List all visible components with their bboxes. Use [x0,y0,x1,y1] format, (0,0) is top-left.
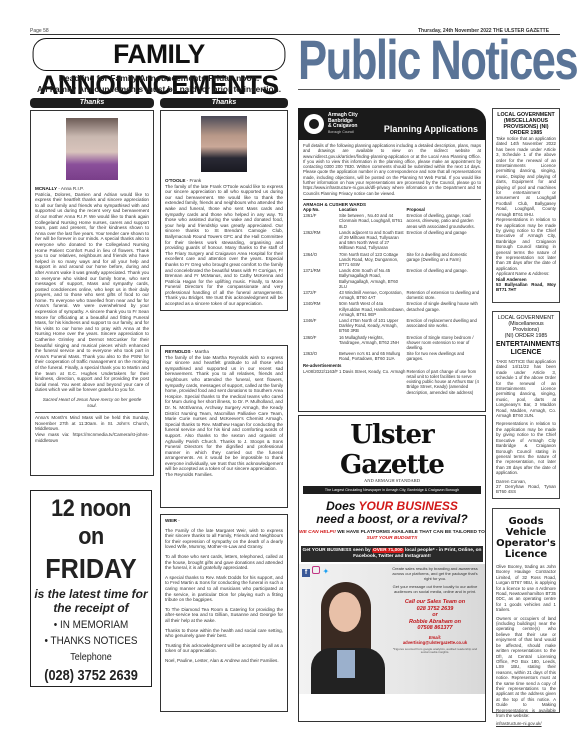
weir-para-1: The Family of the late Margaret Weir, wi… [165,528,283,550]
planning-intro: Full details of the following planning a… [303,143,481,196]
gazette-advert: Ulster Gazette AND ARMAGH STANDARD The L… [298,415,486,722]
notice2-title: ENTERTAINMENTS LICENCE [496,341,556,357]
notice-entertainments-loughgall: LOCAL GOVERNMENT (MISCELLANOUS PROVISION… [492,108,560,303]
mcnally-view-link[interactable]: View mass via: https://mcnmedia.tv/Camer… [35,432,149,443]
ad-subheadline: WE CAN HELP!! WE HAVE PLATFORMS AVAILABL… [299,530,485,542]
notice3-body1: Olive Boorey, trading as John Boorey Hau… [496,564,556,613]
notice3-link[interactable]: infrastructure-ni.gov.uk/ [496,721,556,726]
ad-footnote: *Figures sourced from google analytics, … [389,648,481,656]
planning-ward: ARMAGH & CUSHER WARDS [303,199,481,207]
ad-reach-bar: Get YOUR BUSINESS seen by OVER 71,000 lo… [301,546,483,562]
reynolds-subname: - Martha [191,349,209,354]
ad-side-text-2: Get your message out there locally to ou… [389,584,481,594]
noon-item-thanks: • THANKS NOTICES [37,635,145,647]
weir-para-5: Thanks to those within the health and so… [165,628,283,639]
ad-lower-panel: f ✦ Create sales results by branding and… [299,564,485,694]
weir-para-7: Noel, Pauline, Lester, Alan & Andrew and… [165,658,283,664]
mcnally-subname: - Anna R.I.P. [57,186,84,191]
notice2-signoff2: 27 Derryhaw Road, Tynan BT60 4SS [496,484,556,495]
noon-tel-label: Telephone [37,652,145,663]
gazette-tagline: The Largest Circulating Newspaper in Arm… [303,486,481,494]
noon-line3: is the latest time for the receipt of [31,587,151,615]
noon-line2: FRIDAY [37,553,145,585]
reynolds-notice: REYNOLDS - Martha The family of the late… [160,345,288,508]
notice-goods-vehicle: Goods Vehicle Operator's Licence Olive B… [492,508,560,713]
notice3-body2: Owners or occupiers of land (including b… [496,616,556,719]
mcnally-mass: Anna's Month's Mind Mass will be held th… [35,412,149,432]
notice1-applicant-label: Applicant Name & Address: [496,271,556,276]
ad-headline: Does YOUR BUSINESS need a boost, or a re… [299,500,485,526]
ad-contact: Create sales results by branding and awa… [389,566,481,655]
thanks-header-left: Thanks [30,98,154,108]
payment-notice: All Family Announcements must be paid fo… [30,84,288,94]
noon-item-memoriam: • IN MEMORIAM [37,619,145,631]
table-row: 1362/RMLands adjacent to and South East … [303,230,481,252]
ad-email-link[interactable]: advertising@ulstergazette.co.uk [389,640,481,645]
mcnally-prayer: Sacred Heart of Jesus have mercy on her … [41,397,143,408]
social-icons: f ✦ [302,566,329,577]
weir-para-3: A special thanks to Rev. Mark Dodds for … [165,575,283,603]
planning-body: Full details of the following planning a… [298,140,486,412]
noon-phone: (028) 3752 2639 [40,667,142,684]
weir-subname: - [177,518,180,523]
planning-header: Armagh City Banbridge & Craigavon Boroug… [298,108,486,140]
ad-email: Email: advertising@ulstergazette.co.uk [389,635,481,645]
ad-call-sales: Call our Sales Team on 028 3752 2639 or … [389,599,481,632]
notice2-heading3: (NI) ORDER 1985 [496,333,556,339]
noon-line1: 12 noon on [37,495,145,551]
mcnally-notice: MCNALLY - Anna R.I.P. Patricia, Dolores,… [30,110,154,476]
thanks-header-right: Thanks [160,98,288,108]
reach-badge: OVER 71,000 [372,548,404,553]
family-announcements-title: FAMILY ANNOUNCEMENTS [33,38,286,71]
council-logo-icon [304,114,324,134]
table-row: LA08/2022/1163/F1 Davis Street, Keady, C… [303,369,481,396]
otoole-notice: O'TOOLE - Frank The family of the late F… [160,110,288,311]
reynolds-body: The family of the late Martha Reynolds w… [165,355,283,472]
mcnally-name: MCNALLY [35,186,57,191]
mcnally-body: Patricia, Dolores, Damien and Adrian wou… [35,192,149,393]
table-row: 1361/FSite between , No.40 and 44 Clonma… [303,213,481,230]
reynolds-name: REYNOLDS [165,349,191,354]
planning-title: Planning Applications [384,124,478,134]
notice2-body2: Representations in relation to the appli… [496,421,556,475]
otoole-body: The family of the late Frank O'Toole wou… [165,184,283,307]
gazette-subtitle: AND ARMAGH STANDARD [299,478,485,483]
notice1-heading: LOCAL GOVERNMENT (MISCELLANOUS PROVISION… [496,112,556,136]
notice1-applicant-address: 53 Ballysallan Road, Moy BT71 7HT [496,282,556,293]
table-row: 1340/RM50m North West of 44a Killyruddan… [303,301,481,318]
public-notices-title: Public Notices [298,30,502,88]
weir-name: WEIR [165,518,177,523]
mcnally-photo [66,118,118,180]
table-row: 1363/OBetween no's 61 and 65 Mullurg Roa… [303,351,481,362]
deadline-notice: Deadline for Family Announcements Friday… [30,73,288,83]
table-row: 1371/RMLands 40m South of No.45 Ballymag… [303,268,481,290]
table-row: 1360/F16 Mullaghatly Heights, Tandragee,… [303,335,481,352]
weir-para-2: To all those who sent cards, letters, te… [165,554,283,571]
notice1-body2: Representations in relation to the appli… [496,217,556,271]
notice2-heading2: (Miscellaneous Provisions) [496,321,556,333]
notice-entertainments-madden: LOCAL GOVERNMENT (Miscellaneous Provisio… [492,311,560,499]
reynolds-signoff: The Reynolds Families. [165,472,283,478]
table-row: 1346/FLand 475m North of 101 Upper Darkl… [303,318,481,335]
gazette-masthead: Ulster Gazette [299,420,485,480]
council-name: Armagh City Banbridge & Craigavon Boroug… [328,113,358,135]
otoole-photo [201,116,247,172]
weir-notice: WEIR - The Family of the late Margaret W… [160,514,288,712]
weir-para-4: To The Diamond Tea Room & Catering for p… [165,607,283,624]
facebook-icon[interactable]: f [302,569,310,577]
notice1-body1: Take notice that an application dated 14… [496,136,556,217]
ad-side-text-1: Create sales results by branding and awa… [389,566,481,581]
weir-para-6: Trusting this acknowledgment will be acc… [165,643,283,654]
notice2-body1: TAKE NOTICE that application dated 14/11… [496,359,556,418]
instagram-icon[interactable] [312,566,320,574]
table-row: 1364/O70m North East of 123 Cottage Land… [303,252,481,269]
deadline-box: 12 noon on FRIDAY is the latest time for… [30,490,152,687]
twitter-icon[interactable]: ✦ [322,567,329,576]
otoole-name: O'TOOLE [165,178,185,183]
sales-rep-photo [307,578,389,694]
otoole-subname: - Frank [185,178,201,183]
notice3-title: Goods Vehicle Operator's Licence [496,516,556,560]
table-row: 1372/F43 Windmill Avenue, Corporation, A… [303,290,481,301]
planning-table: App No. Location Proposal 1361/FSite bet… [303,207,481,396]
public-notices-rule [298,89,560,90]
